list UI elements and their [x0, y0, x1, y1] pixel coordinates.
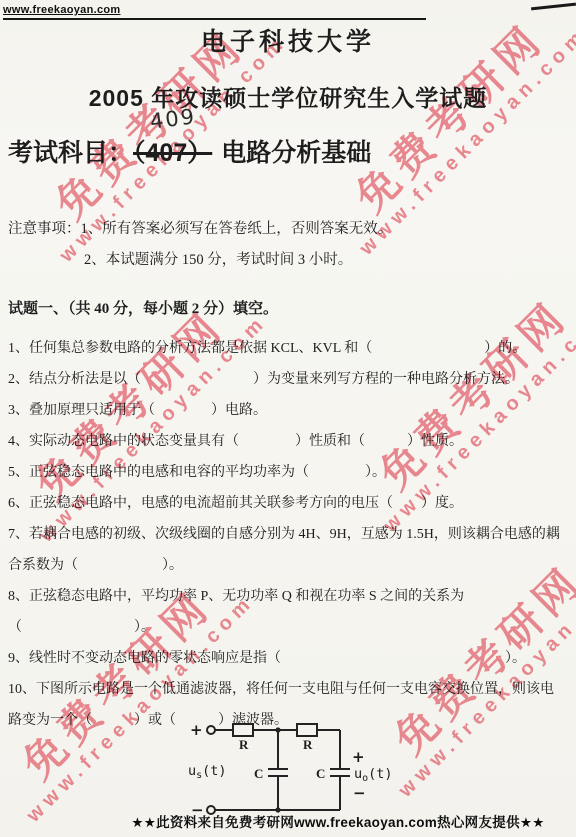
- scan-corner-line: [531, 3, 576, 10]
- resistor-symbol: [297, 724, 317, 736]
- site-link[interactable]: www.freekaoyan.com: [3, 4, 120, 16]
- questions-block: 1、任何集总参数电路的分析方法都是依据 KCL、KVL 和（ ）的。 2、结点分…: [8, 333, 569, 736]
- note-item: 2、本试题满分 150 分，考试时间 3 小时。: [84, 252, 352, 268]
- question-6: 6、正弦稳态电路中，电感的电流超前其关联参考方向的电压（ ）度。: [8, 488, 569, 519]
- question-2: 2、结点分析法是以（ ）为变量来列写方程的一种电路分析方法。: [8, 364, 569, 395]
- output-minus-sign: −: [353, 784, 366, 802]
- handwritten-code: 409: [149, 104, 198, 133]
- notes-block: 注意事项：1、所有答案必须写在答卷纸上，否则答案无效。 2、本试题满分 150 …: [8, 214, 570, 276]
- question-1: 1、任何集总参数电路的分析方法都是依据 KCL、KVL 和（ ）的。: [8, 333, 569, 364]
- circuit-diagram: + − R R C C us(t) + uo(t) −: [180, 712, 412, 826]
- output-voltage-label: uo(t): [354, 766, 393, 784]
- note-line: 注意事项：1、所有答案必须写在答卷纸上，否则答案无效。: [8, 214, 570, 245]
- section-heading: 试题一、（共 40 分，每小题 2 分）填空。: [8, 297, 278, 318]
- question-3: 3、叠加原理只适用于（ ）电路。: [8, 395, 569, 426]
- university-title: 电子科技大学: [0, 22, 576, 58]
- subject-line: 考试科目：（407）电路分析基础 409: [8, 133, 371, 169]
- note-line: 2、本试题满分 150 分，考试时间 3 小时。: [8, 245, 570, 276]
- capacitor2-label: C: [316, 766, 325, 781]
- notes-label: 注意事项：: [8, 221, 81, 237]
- resistor2-label: R: [303, 737, 313, 752]
- header-rule: www.freekaoyan.com: [3, 0, 426, 20]
- source-voltage-label: us(t): [188, 763, 227, 781]
- resistor-symbol: [233, 724, 253, 736]
- resistor1-label: R: [239, 737, 249, 752]
- question-4: 4、实际动态电路中的状态变量具有（ ）性质和（ ）性质。: [8, 426, 569, 457]
- input-terminal-top: [207, 726, 215, 734]
- question-8: 8、正弦稳态电路中，平均功率 P、无功功率 Q 和视在功率 S 之间的关系为 （…: [8, 581, 569, 643]
- footer-credit: ★★此资料来自免费考研网www.freekaoyan.com热心网友提供★★: [100, 811, 576, 831]
- input-plus-sign: +: [190, 721, 203, 739]
- exam-paper-page: 免费考研网 www.freekaoyan.com 免费考研网 www.freek…: [0, 0, 576, 837]
- exam-title: 2005 年攻读硕士学位研究生入学试题: [0, 80, 576, 113]
- question-7: 7、若耦合电感的初级、次级线圈的自感分别为 4H、9H，互感为 1.5H，则该耦…: [8, 519, 569, 581]
- question-9: 9、线性时不变动态电路的零状态响应是指（ ）。: [8, 643, 569, 674]
- output-plus-sign: +: [352, 748, 365, 766]
- question-5: 5、正弦稳态电路中的电感和电容的平均功率为（ ）。: [8, 457, 569, 488]
- subject-prefix: 考试科目：: [8, 139, 133, 167]
- subject-name: 电路分析基础: [221, 139, 371, 167]
- subject-code-struck: （407）: [133, 139, 212, 167]
- capacitor1-label: C: [254, 766, 263, 781]
- note-item: 1、所有答案必须写在答卷纸上，否则答案无效。: [81, 221, 393, 237]
